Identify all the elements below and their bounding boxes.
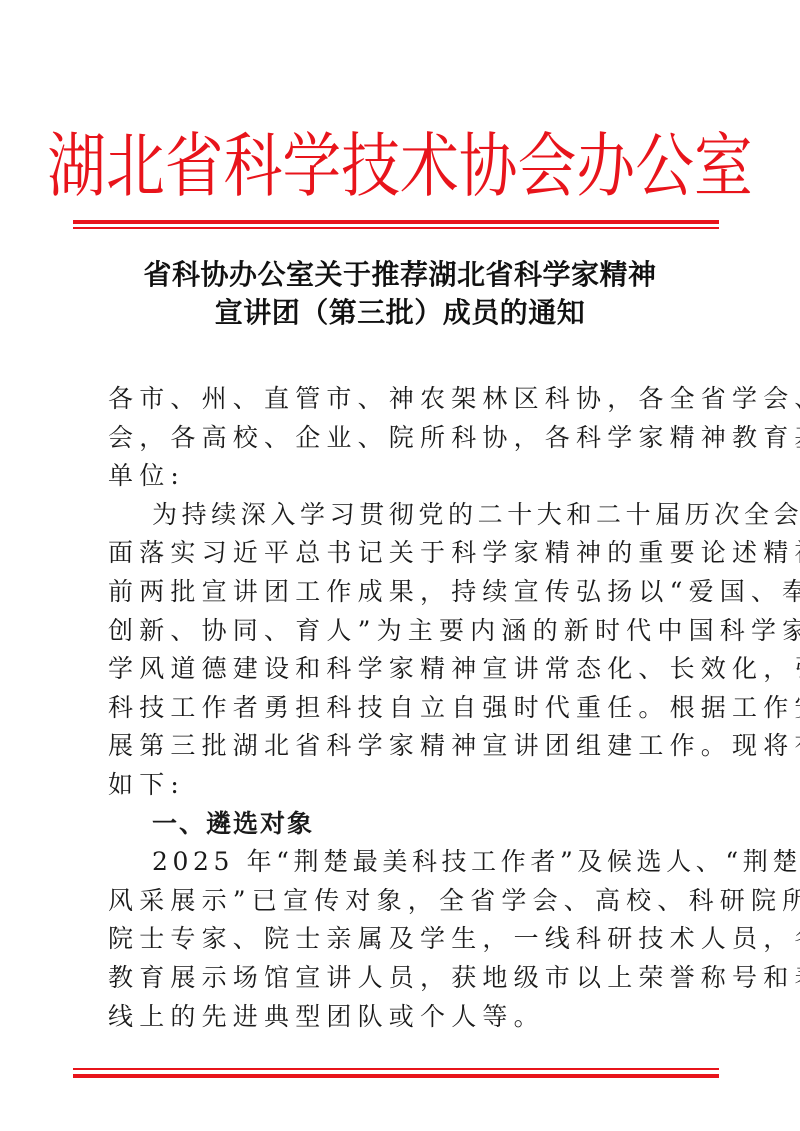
section-heading: 一、遴选对象 xyxy=(108,805,710,844)
masthead: 湖北省科学技术协会办公室 xyxy=(72,118,728,214)
paragraph-line: 面落实习近平总书记关于科学家精神的重要论述精神，巩固拓展 xyxy=(108,534,710,573)
document-body: 各市、州、直管市、神农架林区科协，各全省学会、协会、研究 会，各高校、企业、院所… xyxy=(108,380,710,1036)
addressee-line: 各市、州、直管市、神农架林区科协，各全省学会、协会、研究 xyxy=(108,380,710,419)
paragraph-line: 线上的先进典型团队或个人等。 xyxy=(108,998,710,1037)
addressee-line: 会，各高校、企业、院所科协，各科学家精神教育基地，各有关 xyxy=(108,419,710,458)
paragraph-line: 展第三批湖北省科学家精神宣讲团组建工作。现将有关事项通知 xyxy=(108,727,710,766)
masthead-rule-thin xyxy=(73,227,719,229)
paragraph-line: 学风道德建设和科学家精神宣讲常态化、长效化，引领全省广大 xyxy=(108,650,710,689)
paragraph-line: 教育展示场馆宣讲人员，获地级市以上荣誉称号和表彰的科研战 xyxy=(108,959,710,998)
paragraph-line: 风采展示”已宣传对象，全省学会、高校、科研院所、企业中的 xyxy=(108,882,710,921)
document-page: 湖北省科学技术协会办公室 省科协办公室关于推荐湖北省科学家精神 宣讲团（第三批）… xyxy=(0,0,800,1131)
intro-paragraph: 为持续深入学习贯彻党的二十大和二十届历次全会精神，全 面落实习近平总书记关于科学… xyxy=(108,496,710,805)
title-line-1: 省科协办公室关于推荐湖北省科学家精神 xyxy=(72,256,728,294)
paragraph-line: 2025 年“荆楚最美科技工作者”及候选人、“荆楚科技工作者 xyxy=(108,843,710,882)
paragraph-line: 科技工作者勇担科技自立自强时代重任。根据工作安排，决定开 xyxy=(108,689,710,728)
title-line-2: 宣讲团（第三批）成员的通知 xyxy=(72,294,728,332)
paragraph-line: 前两批宣讲团工作成果，持续宣传弘扬以“爱国、奉献、求实、 xyxy=(108,573,710,612)
organization-name: 湖北省科学技术协会办公室 xyxy=(47,128,753,204)
document-title: 省科协办公室关于推荐湖北省科学家精神 宣讲团（第三批）成员的通知 xyxy=(72,256,728,332)
section-paragraph: 2025 年“荆楚最美科技工作者”及候选人、“荆楚科技工作者 风采展示”已宣传对… xyxy=(108,843,710,1036)
paragraph-line: 院士专家、院士亲属及学生，一线科研技术人员，各科学家精神 xyxy=(108,920,710,959)
paragraph-line: 创新、协同、育人”为主要内涵的新时代中国科学家精神，推动 xyxy=(108,612,710,651)
addressee-line: 单位: xyxy=(108,457,710,496)
footer-rule-thick xyxy=(73,1074,719,1078)
footer-rule-thin xyxy=(73,1068,719,1070)
addressee: 各市、州、直管市、神农架林区科协，各全省学会、协会、研究 会，各高校、企业、院所… xyxy=(108,380,710,496)
paragraph-line: 为持续深入学习贯彻党的二十大和二十届历次全会精神，全 xyxy=(108,496,710,535)
masthead-rule-thick xyxy=(73,220,719,224)
paragraph-line: 如下: xyxy=(108,766,710,805)
